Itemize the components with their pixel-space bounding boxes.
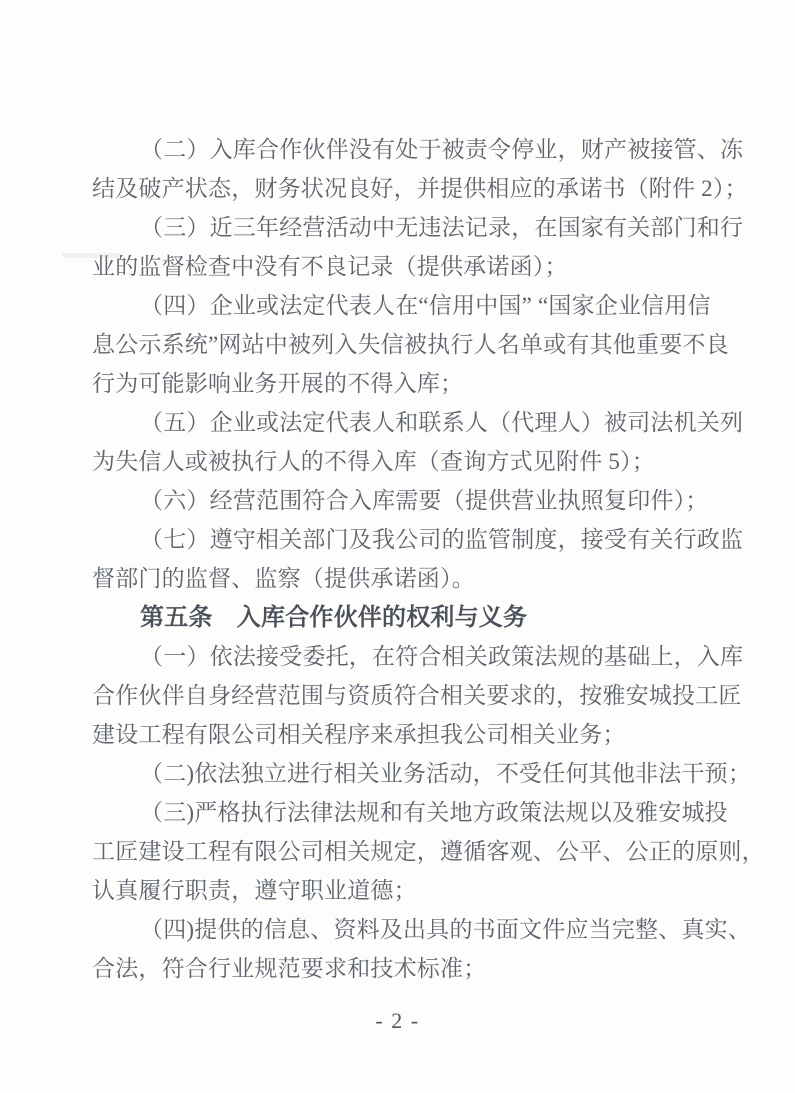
document-line: （四)提供的信息、资料及出具的书面文件应当完整、真实、 xyxy=(92,910,720,949)
document-line: 业的监督检查中没有不良记录（提供承诺函）； xyxy=(92,247,720,286)
document-line: 认真履行职责，遵守职业道德； xyxy=(92,871,720,910)
section-heading: 第五条 入库合作伙伴的权利与义务 xyxy=(92,598,720,637)
document-line: 结及破产状态，财务状况良好，并提供相应的承诺书（附件 2）； xyxy=(92,169,720,208)
document-line: （六）经营范围符合入库需要（提供营业执照复印件）； xyxy=(92,481,720,520)
document-line: （三)严格执行法律法规和有关地方政策法规以及雅安城投 xyxy=(92,793,720,832)
document-line: 工匠建设工程有限公司相关规定，遵循客观、公平、公正的原则， xyxy=(92,832,720,871)
document-line: 为失信人或被执行人的不得入库（查询方式见附件 5）； xyxy=(92,442,720,481)
document-line: 督部门的监督、监察（提供承诺函）。 xyxy=(92,559,720,598)
document-line: （二)依法独立进行相关业务活动，不受任何其他非法干预； xyxy=(92,754,720,793)
document-line: （五）企业或法定代表人和联系人（代理人）被司法机关列 xyxy=(92,403,720,442)
document-line: （七）遵守相关部门及我公司的监管制度，接受有关行政监 xyxy=(92,520,720,559)
document-line: （三）近三年经营活动中无违法记录，在国家有关部门和行 xyxy=(92,208,720,247)
document-line: 息公示系统”网站中被列入失信被执行人名单或有其他重要不良 xyxy=(92,325,720,364)
document-body: （二）入库合作伙伴没有处于被责令停业，财产被接管、冻 结及破产状态，财务状况良好… xyxy=(92,130,720,988)
document-page: （二）入库合作伙伴没有处于被责令停业，财产被接管、冻 结及破产状态，财务状况良好… xyxy=(0,0,795,1093)
document-line: 建设工程有限公司相关程序来承担我公司相关业务； xyxy=(92,715,720,754)
document-line: （四）企业或法定代表人在“信用中国” “国家企业信用信 xyxy=(92,286,720,325)
document-line: 合作伙伴自身经营范围与资质符合相关要求的，按雅安城投工匠 xyxy=(92,676,720,715)
document-line: （一）依法接受委托，在符合相关政策法规的基础上，入库 xyxy=(92,637,720,676)
document-line: 合法，符合行业规范要求和技术标准； xyxy=(92,949,720,988)
page-number: - 2 - xyxy=(0,1008,795,1034)
document-line: 行为可能影响业务开展的不得入库； xyxy=(92,364,720,403)
document-line: （二）入库合作伙伴没有处于被责令停业，财产被接管、冻 xyxy=(92,130,720,169)
